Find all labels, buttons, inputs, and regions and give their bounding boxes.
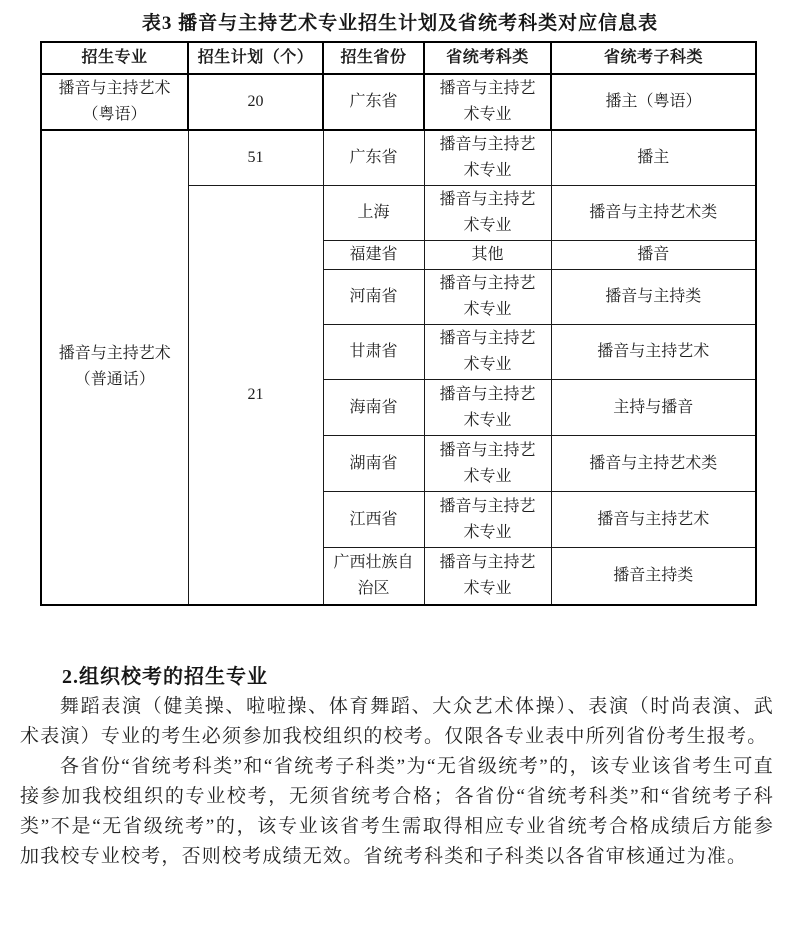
cell-category: 播音与主持艺 术专业	[424, 380, 551, 436]
cell-subcategory: 播主	[551, 130, 756, 186]
cell-category: 播音与主持艺 术专业	[424, 74, 551, 130]
cell-category: 其他	[424, 241, 551, 270]
school-exam-section: 2.组织校考的招生专业 舞蹈表演（健美操、啦啦操、体育舞蹈、大众艺术体操）、表演…	[0, 662, 800, 872]
table-row: 播音与主持艺术 （普通话） 51 广东省 播音与主持艺 术专业 播主	[41, 130, 756, 186]
col-header-province: 招生省份	[323, 42, 424, 74]
cell-subcategory: 播音与主持艺术	[551, 492, 756, 548]
cell-province: 福建省	[323, 241, 424, 270]
cell-province: 广西壮族自 治区	[323, 548, 424, 605]
cell-subcategory: 播音与主持类	[551, 270, 756, 325]
cell-category: 播音与主持艺 术专业	[424, 186, 551, 241]
cell-plan: 21	[188, 186, 323, 605]
cell-category: 播音与主持艺 术专业	[424, 130, 551, 186]
cell-subcategory: 播音	[551, 241, 756, 270]
cell-province: 江西省	[323, 492, 424, 548]
cell-province: 湖南省	[323, 436, 424, 492]
cell-major: 播音与主持艺术 （粤语）	[41, 74, 188, 130]
cell-plan: 20	[188, 74, 323, 130]
cell-subcategory: 播音与主持艺术	[551, 325, 756, 380]
cell-subcategory: 播音与主持艺术类	[551, 186, 756, 241]
table-header-row: 招生专业 招生计划（个） 招生省份 省统考科类 省统考子科类	[41, 42, 756, 74]
cell-province: 海南省	[323, 380, 424, 436]
enrollment-plan-table: 招生专业 招生计划（个） 招生省份 省统考科类 省统考子科类 播音与主持艺术 （…	[40, 41, 757, 606]
cell-subcategory: 播音主持类	[551, 548, 756, 605]
col-header-plan: 招生计划（个）	[188, 42, 323, 74]
cell-category: 播音与主持艺 术专业	[424, 492, 551, 548]
col-header-subcategory: 省统考子科类	[551, 42, 756, 74]
cell-plan: 51	[188, 130, 323, 186]
col-header-category: 省统考科类	[424, 42, 551, 74]
col-header-major: 招生专业	[41, 42, 188, 74]
cell-province: 上海	[323, 186, 424, 241]
section-heading: 2.组织校考的招生专业	[20, 662, 774, 692]
cell-subcategory: 播音与主持艺术类	[551, 436, 756, 492]
cell-province: 甘肃省	[323, 325, 424, 380]
cell-subcategory: 主持与播音	[551, 380, 756, 436]
cell-province: 广东省	[323, 130, 424, 186]
table-row: 播音与主持艺术 （粤语） 20 广东省 播音与主持艺 术专业 播主（粤语）	[41, 74, 756, 130]
table-title: 表3 播音与主持艺术专业招生计划及省统考科类对应信息表	[0, 12, 800, 36]
cell-subcategory: 播主（粤语）	[551, 74, 756, 130]
cell-category: 播音与主持艺 术专业	[424, 436, 551, 492]
cell-category: 播音与主持艺 术专业	[424, 270, 551, 325]
section-paragraph-1: 舞蹈表演（健美操、啦啦操、体育舞蹈、大众艺术体操）、表演（时尚表演、武术表演）专…	[20, 692, 774, 752]
cell-major: 播音与主持艺术 （普通话）	[41, 130, 188, 605]
cell-province: 广东省	[323, 74, 424, 130]
cell-category: 播音与主持艺 术专业	[424, 325, 551, 380]
cell-category: 播音与主持艺 术专业	[424, 548, 551, 605]
section-paragraph-2: 各省份“省统考科类”和“省统考子科类”为“无省级统考”的，该专业该省考生可直接参…	[20, 752, 774, 872]
cell-province: 河南省	[323, 270, 424, 325]
